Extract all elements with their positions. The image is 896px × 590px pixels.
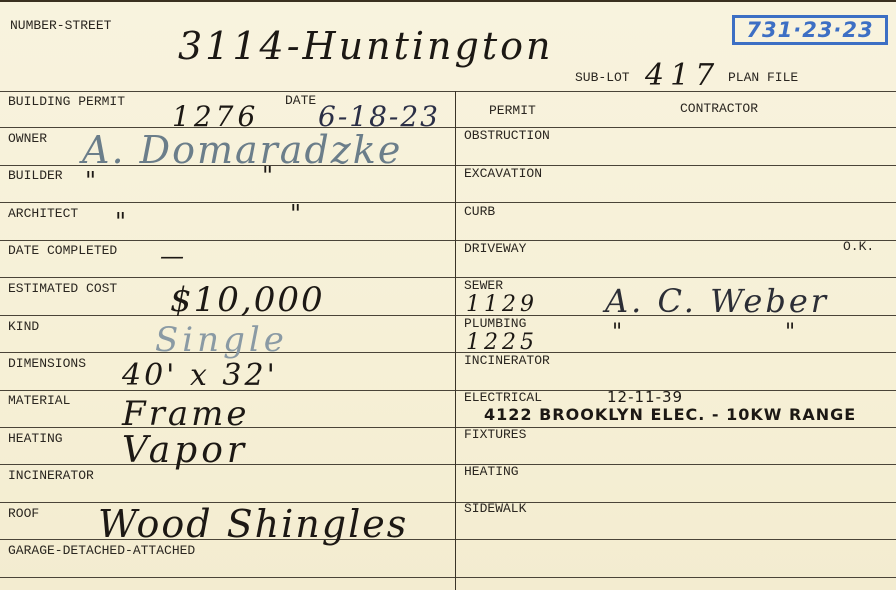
rule-line — [0, 577, 896, 578]
electrical-date-value: 12-11-39 — [607, 388, 683, 406]
material-value: Frame — [122, 394, 249, 434]
kind-value: Single — [155, 320, 288, 360]
sublot-label: SUB-LOT — [575, 70, 630, 85]
column-divider — [455, 91, 456, 590]
roof-value: Wood Shingles — [98, 502, 408, 546]
date-label: DATE — [285, 93, 316, 108]
sublot-value: 417 — [645, 58, 720, 93]
plan-file-label: PLAN FILE — [728, 70, 798, 85]
incinerator-label: INCINERATOR — [8, 468, 94, 483]
date-completed-value: — — [160, 242, 184, 270]
owner-label: OWNER — [8, 131, 47, 146]
number-street-label: NUMBER-STREET — [10, 18, 111, 33]
garage-label: GARAGE-DETACHED-ATTACHED — [8, 543, 195, 558]
contractor-column-header: CONTRACTOR — [680, 101, 758, 116]
incinerator-permit-label: INCINERATOR — [464, 353, 550, 368]
builder-ditto-2: " — [262, 162, 273, 190]
driveway-status: O.K. — [843, 239, 874, 254]
plumbing-contractor-ditto-2: " — [785, 320, 795, 345]
estimated-cost-label: ESTIMATED COST — [8, 281, 117, 296]
builder-ditto-1: " — [85, 167, 96, 195]
rule-line — [0, 91, 896, 92]
permit-column-header: PERMIT — [489, 103, 536, 118]
architect-ditto-2: " — [290, 200, 301, 228]
kind-label: KIND — [8, 319, 39, 334]
file-number-stamp: 731·23·23 — [732, 15, 888, 45]
electrical-entry-value: 4122 BROOKLYN ELEC. - 10KW RANGE — [484, 405, 856, 424]
rule-line — [0, 277, 896, 278]
sewer-label: SEWER — [464, 278, 503, 293]
builder-label: BUILDER — [8, 168, 63, 183]
date-completed-label: DATE COMPLETED — [8, 243, 117, 258]
sewer-permit-value: 1129 — [466, 292, 538, 317]
roof-label: ROOF — [8, 506, 39, 521]
sewer-contractor-value: A. C. Weber — [605, 282, 829, 320]
plumbing-contractor-ditto-1: " — [612, 320, 622, 345]
rule-line — [0, 352, 896, 353]
building-permit-label: BUILDING PERMIT — [8, 94, 125, 109]
driveway-label: DRIVEWAY — [464, 241, 526, 256]
plumbing-label: PLUMBING — [464, 316, 526, 331]
owner-value: A. Domaradzke — [82, 128, 402, 172]
sidewalk-label: SIDEWALK — [464, 501, 526, 516]
estimated-cost-value: $10,000 — [170, 280, 325, 320]
electrical-label: ELECTRICAL — [464, 390, 542, 405]
plumbing-permit-value: 1225 — [466, 330, 538, 355]
material-label: MATERIAL — [8, 393, 70, 408]
fixtures-label: FIXTURES — [464, 427, 526, 442]
architect-label: ARCHITECT — [8, 206, 78, 221]
dimensions-label: DIMENSIONS — [8, 356, 86, 371]
obstruction-label: OBSTRUCTION — [464, 128, 550, 143]
address-value: 3114-Huntington — [178, 24, 553, 68]
curb-label: CURB — [464, 204, 495, 219]
permit-record-card: NUMBER-STREET 3114-Huntington 731·23·23 … — [0, 0, 896, 590]
heating-label: HEATING — [8, 431, 63, 446]
dimensions-value: 40' x 32' — [122, 358, 278, 393]
rule-line — [0, 240, 896, 241]
heating-permit-label: HEATING — [464, 464, 519, 479]
heating-value: Vapor — [122, 430, 248, 471]
rule-line — [0, 202, 896, 203]
excavation-label: EXCAVATION — [464, 166, 542, 181]
architect-ditto-1: " — [115, 208, 126, 236]
